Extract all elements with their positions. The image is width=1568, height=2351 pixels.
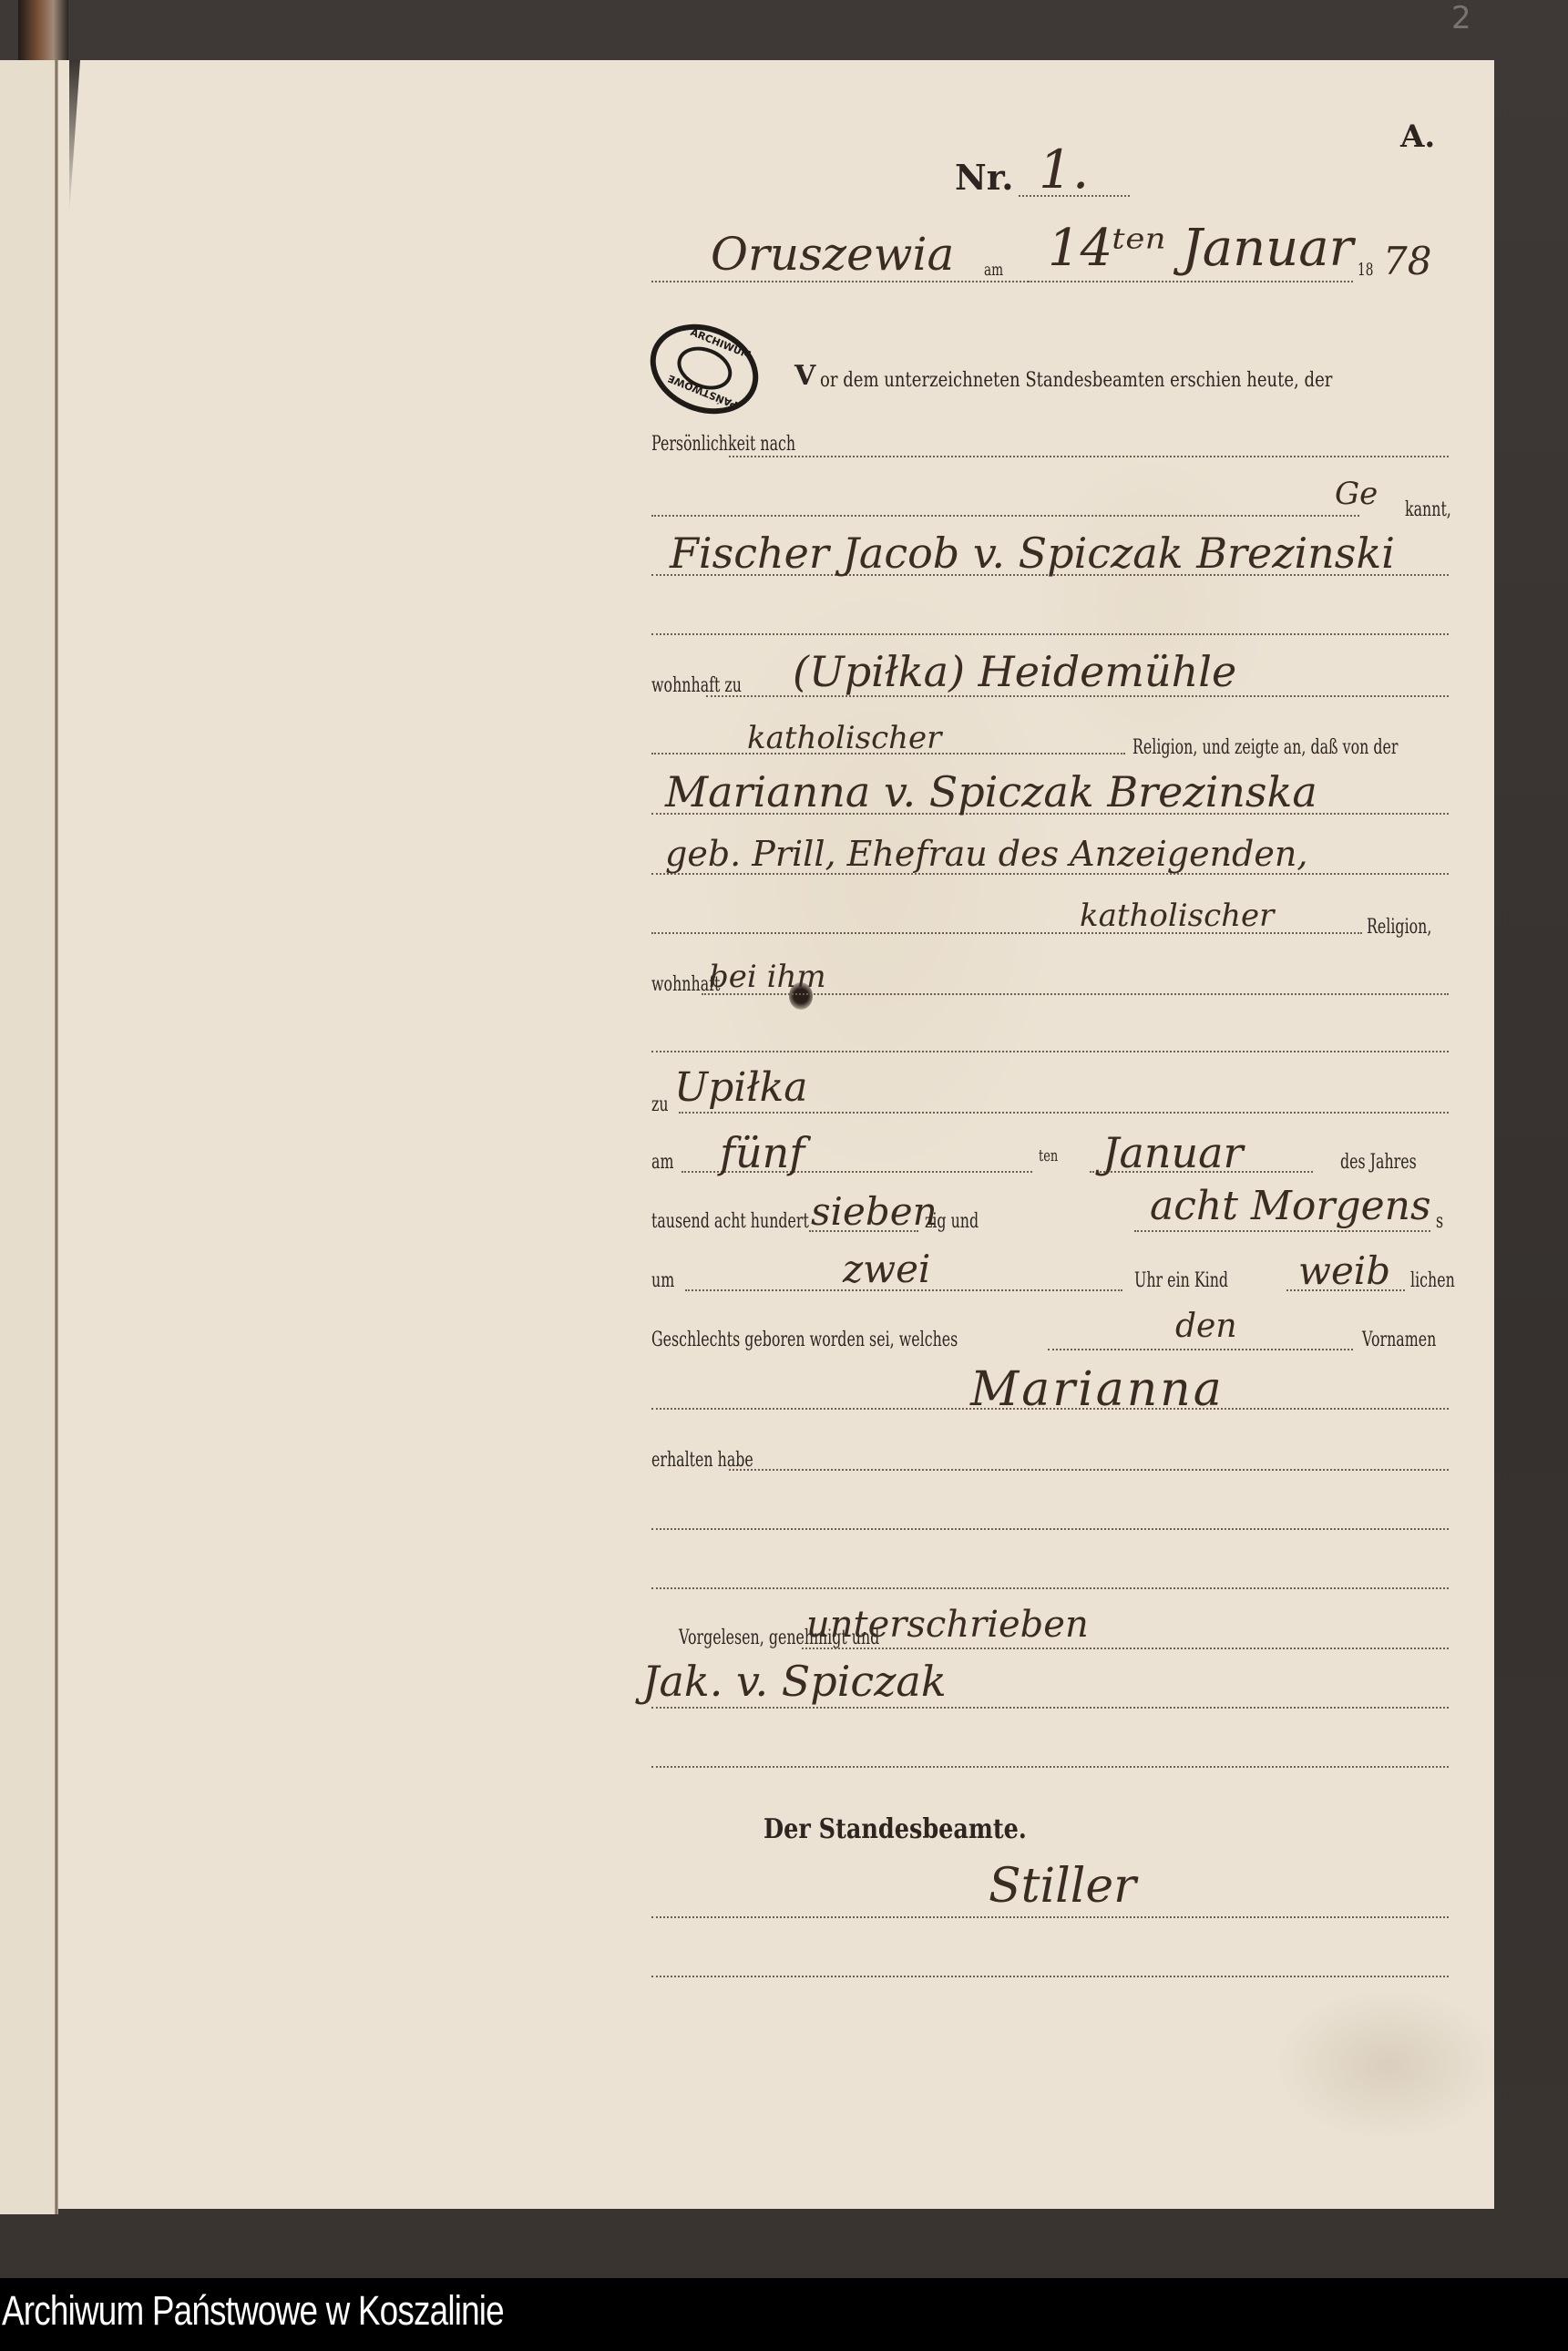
birth-place-value: Upiłka — [674, 1064, 807, 1111]
blank-line-1 — [651, 633, 1449, 635]
approval-value: unterschrieben — [806, 1604, 1089, 1646]
mother-residence-value: bei ihm — [709, 959, 826, 995]
declarant-value: Fischer Jacob v. Spiczak Brezinski — [670, 529, 1395, 578]
book-spine — [18, 0, 68, 60]
official-title: Der Standesbeamte. — [764, 1813, 1027, 1845]
gender-line — [1048, 1349, 1353, 1350]
birth-ten-label: ten — [1039, 1146, 1058, 1165]
birth-am-label: am — [651, 1151, 673, 1174]
religion2-value: katholischer — [1080, 898, 1274, 934]
zig-und-label: zig und — [925, 1210, 979, 1233]
intro-dropcap: V — [794, 360, 815, 392]
date-line — [1028, 281, 1353, 282]
birth-year-units-line — [1134, 1230, 1430, 1232]
birth-year-tens: sieben — [811, 1189, 938, 1234]
blank-line-3 — [651, 1528, 1449, 1530]
official-signature: Stiller — [989, 1859, 1136, 1914]
declarant-signature: Jak. v. Spiczak — [642, 1657, 947, 1706]
kannt-line — [651, 515, 1359, 517]
given-name-value: Marianna — [970, 1362, 1225, 1417]
kannt-prefix: Ge — [1335, 476, 1378, 512]
blank-line-4 — [651, 1587, 1449, 1589]
lichen-label: lichen — [1410, 1269, 1455, 1292]
gender-label: Geschlechts geboren worden sei, welches — [651, 1329, 958, 1351]
approval-line — [802, 1648, 1449, 1649]
page-number: 2 — [1451, 0, 1471, 36]
mother-name: Marianna v. Spiczak Brezinska — [665, 767, 1317, 816]
birth-year-units: acht Morgens — [1150, 1183, 1431, 1229]
record-number-label: Nr. — [955, 157, 1014, 198]
declarant-signature-line — [651, 1707, 1449, 1709]
year-suffix: 78 — [1383, 239, 1431, 283]
birth-um-label: um — [651, 1269, 674, 1292]
religion1-label: Religion, und zeigte an, daß von der — [1132, 736, 1398, 759]
uhr-kind-label: Uhr ein Kind — [1134, 1269, 1228, 1292]
kannt-label: kannt, — [1405, 498, 1451, 521]
des-jahres-label: des Jahres — [1340, 1151, 1417, 1174]
record-number-value: 1. — [1039, 139, 1089, 200]
birth-year-suffix: s — [1436, 1210, 1443, 1233]
gender-value: den — [1175, 1308, 1237, 1345]
date-value: 14ᵗᵉⁿ Januar — [1048, 219, 1353, 278]
religion2-label: Religion, — [1367, 916, 1431, 939]
residence-value: (Upiłka) Heidemühle — [793, 647, 1236, 696]
blank-line-2 — [651, 1051, 1449, 1052]
residence-label: wohnhaft zu — [651, 674, 742, 697]
sex-value: weib — [1298, 1248, 1390, 1293]
blank-line-5 — [651, 1766, 1449, 1768]
left-page-edge — [0, 60, 55, 2214]
archive-footer: Archiwum Państwowe w Koszalinie — [0, 2278, 1568, 2351]
vornamen-label: Vornamen — [1362, 1329, 1436, 1351]
am-label: am — [984, 260, 1003, 280]
intro-text: or dem unterzeichneten Standesbeamten er… — [820, 369, 1332, 392]
birth-day-value: fünf — [720, 1128, 804, 1177]
intro-line: V — [794, 360, 815, 392]
birth-month-value: Januar — [1102, 1128, 1244, 1177]
persoenlichkeit-line — [729, 456, 1449, 457]
place-value: Oruszewia — [711, 228, 954, 281]
birth-place-line — [679, 1112, 1449, 1114]
persoenlichkeit-label: Persönlichkeit nach — [651, 433, 795, 456]
birth-hour-value: zwei — [843, 1247, 930, 1291]
form-letter: A. — [1400, 118, 1435, 155]
birth-place-label: zu — [651, 1093, 669, 1116]
mother-maiden: geb. Prill, Ehefrau des Anzeigenden, — [665, 834, 1307, 874]
erhalten-line — [729, 1469, 1449, 1471]
blank-line-6 — [651, 1976, 1449, 1977]
official-signature-line — [651, 1916, 1449, 1918]
religion1-value: katholischer — [747, 720, 941, 756]
archive-name: Archiwum Państwowe w Koszalinie — [2, 2287, 504, 2335]
birth-year-prefix: tausend acht hundert — [651, 1210, 809, 1233]
year-prefix: 18 — [1358, 260, 1373, 280]
